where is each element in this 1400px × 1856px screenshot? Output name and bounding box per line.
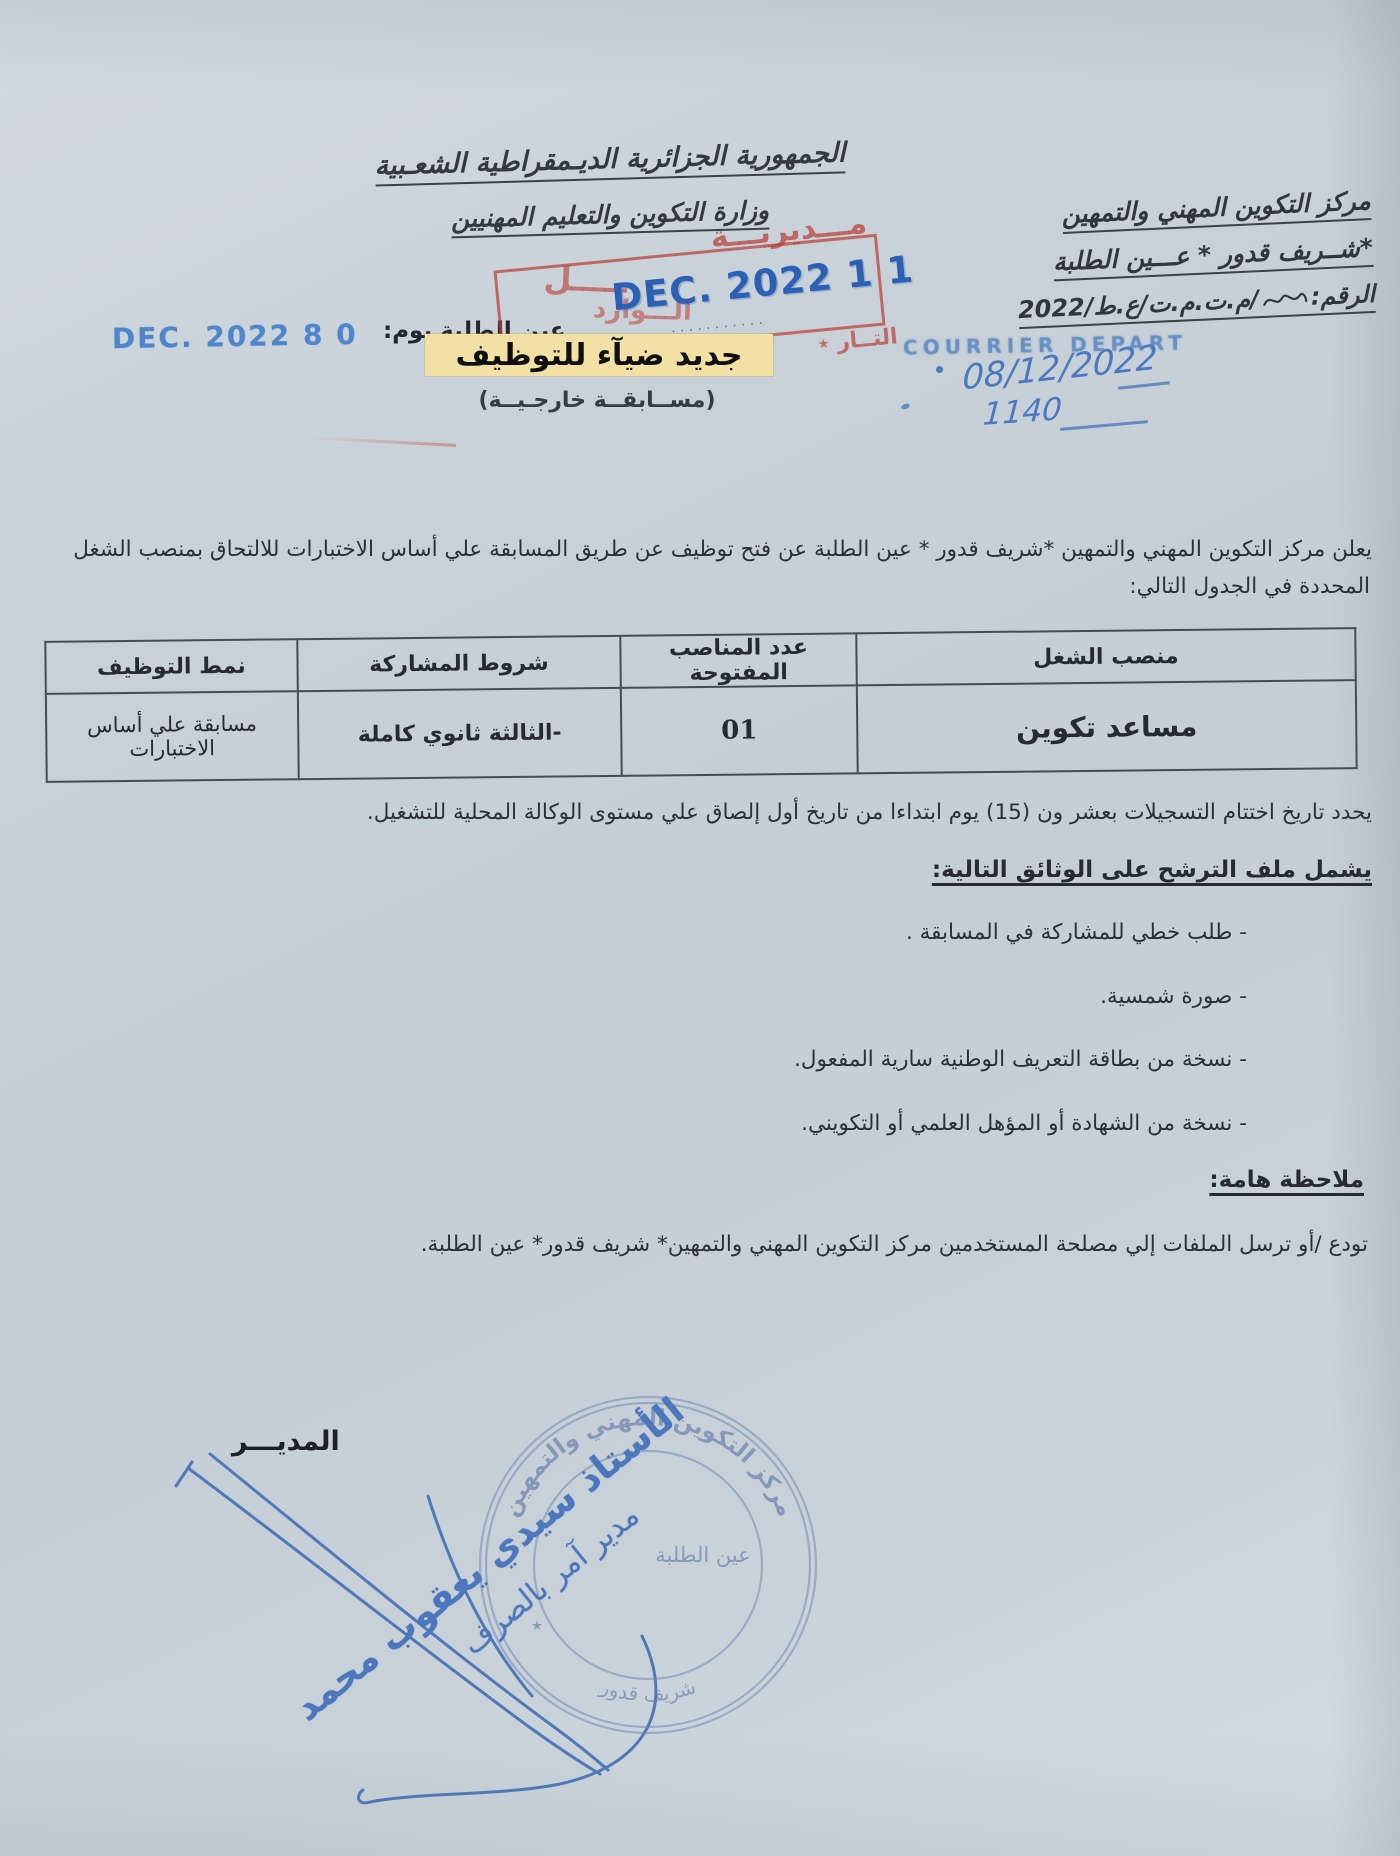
table-row: مساعد تكوين 01 -الثالثة ثانوي كاملة مساب… (46, 680, 1357, 782)
announcement-line2: المحددة في الجدول التالي: (1129, 574, 1370, 599)
important-note-text: تودع /أو ترسل الملفات إلي مصلحة المستخدم… (421, 1232, 1368, 1257)
watermark-banner: جديد ضيآء للتوظيف (425, 334, 773, 376)
cell-open-posts: 01 (621, 685, 858, 775)
cell-conditions: -الثالثة ثانوي كاملة (298, 688, 622, 779)
country-title-text: الجمهورية الجزائرية الديـمقراطية الشعـبي… (374, 137, 846, 186)
document-item: - نسخة من الشهادة أو المؤهل العلمي أو ال… (801, 1111, 1247, 1136)
scanned-document: الجمهورية الجزائرية الديـمقراطية الشعـبي… (0, 0, 1400, 1856)
scan-shading-top (0, 0, 1400, 90)
arrival-date-stamp: 0 8 DEC. 2022 (112, 318, 358, 355)
col-header-position: منصب الشغل (856, 628, 1356, 685)
handwritten-underline (1118, 381, 1170, 389)
center-branch-line: *شــريف قدور * عـــين الطلبة (853, 233, 1374, 291)
handwritten-underline-2 (1060, 420, 1148, 430)
red-pen-mark (308, 436, 456, 447)
registration-deadline: يحدد تاريخ اختتام التسجيلات بعشر ون (15)… (367, 800, 1372, 825)
red-stamp-blue-date: 1 1 DEC. 2022 (610, 247, 916, 319)
center-branch: *شــريف قدور * عـــين الطلبة (1052, 233, 1373, 281)
competition-type-subtitle: (مســابقــة خارجـيــة) (462, 388, 732, 413)
country-title: الجمهورية الجزائرية الديـمقراطية الشعـبي… (360, 137, 861, 187)
ink-dot (936, 366, 943, 373)
documents-heading: يشمل ملف الترشح على الوثائق التالية: (932, 857, 1372, 883)
watermark-banner-text: جديد ضيآء للتوظيف (455, 338, 742, 373)
red-stamp-date-label: التــار ٭ (816, 324, 898, 357)
cell-position: مساعد تكوين (857, 680, 1357, 773)
reference-number-line: الرقم:/م.ت.م.ت/ع.ط/2022 (855, 280, 1376, 337)
col-header-recruitment-mode: نمط التوظيف (45, 639, 297, 694)
handwritten-depart-number: 1140 (982, 391, 1063, 433)
document-item: - صورة شمسية. (1100, 984, 1247, 1009)
center-heading-block: مركز التكوين المهني والتمهين *شــريف قدو… (851, 186, 1377, 349)
ref-suffix: /م.ت.م.ت/ع.ط/2022 (1017, 285, 1259, 324)
handwritten-ref-number-scribble (1260, 286, 1309, 312)
ref-prefix: الرقم: (1310, 280, 1375, 311)
document-item: - طلب خطي للمشاركة في المسابقة . (906, 920, 1247, 945)
reference-number: الرقم:/م.ت.م.ت/ع.ط/2022 (1017, 280, 1375, 329)
important-note-heading: ملاحظة هامة: (1209, 1167, 1364, 1193)
center-name: مركز التكوين المهني والتمهين (1061, 186, 1372, 234)
document-item: - نسخة من بطاقة التعريف الوطنية سارية ال… (794, 1047, 1247, 1072)
announcement-line1: يعلن مركز التكوين المهني والتمهين *شريف … (73, 537, 1372, 562)
positions-table: منصب الشغل عدد المناصب المفتوحة شروط الم… (44, 627, 1357, 783)
ink-mark (900, 403, 910, 411)
cell-recruitment-mode: مسابقة علي أساس الاختبارات (46, 691, 299, 782)
col-header-conditions: شروط المشاركة (297, 636, 621, 691)
center-name-line: مركز التكوين المهني والتمهين (851, 186, 1372, 244)
col-header-open-posts: عدد المناصب المفتوحة (620, 633, 856, 687)
round-stamp-center-text: عين الطلبة (655, 1543, 751, 1567)
